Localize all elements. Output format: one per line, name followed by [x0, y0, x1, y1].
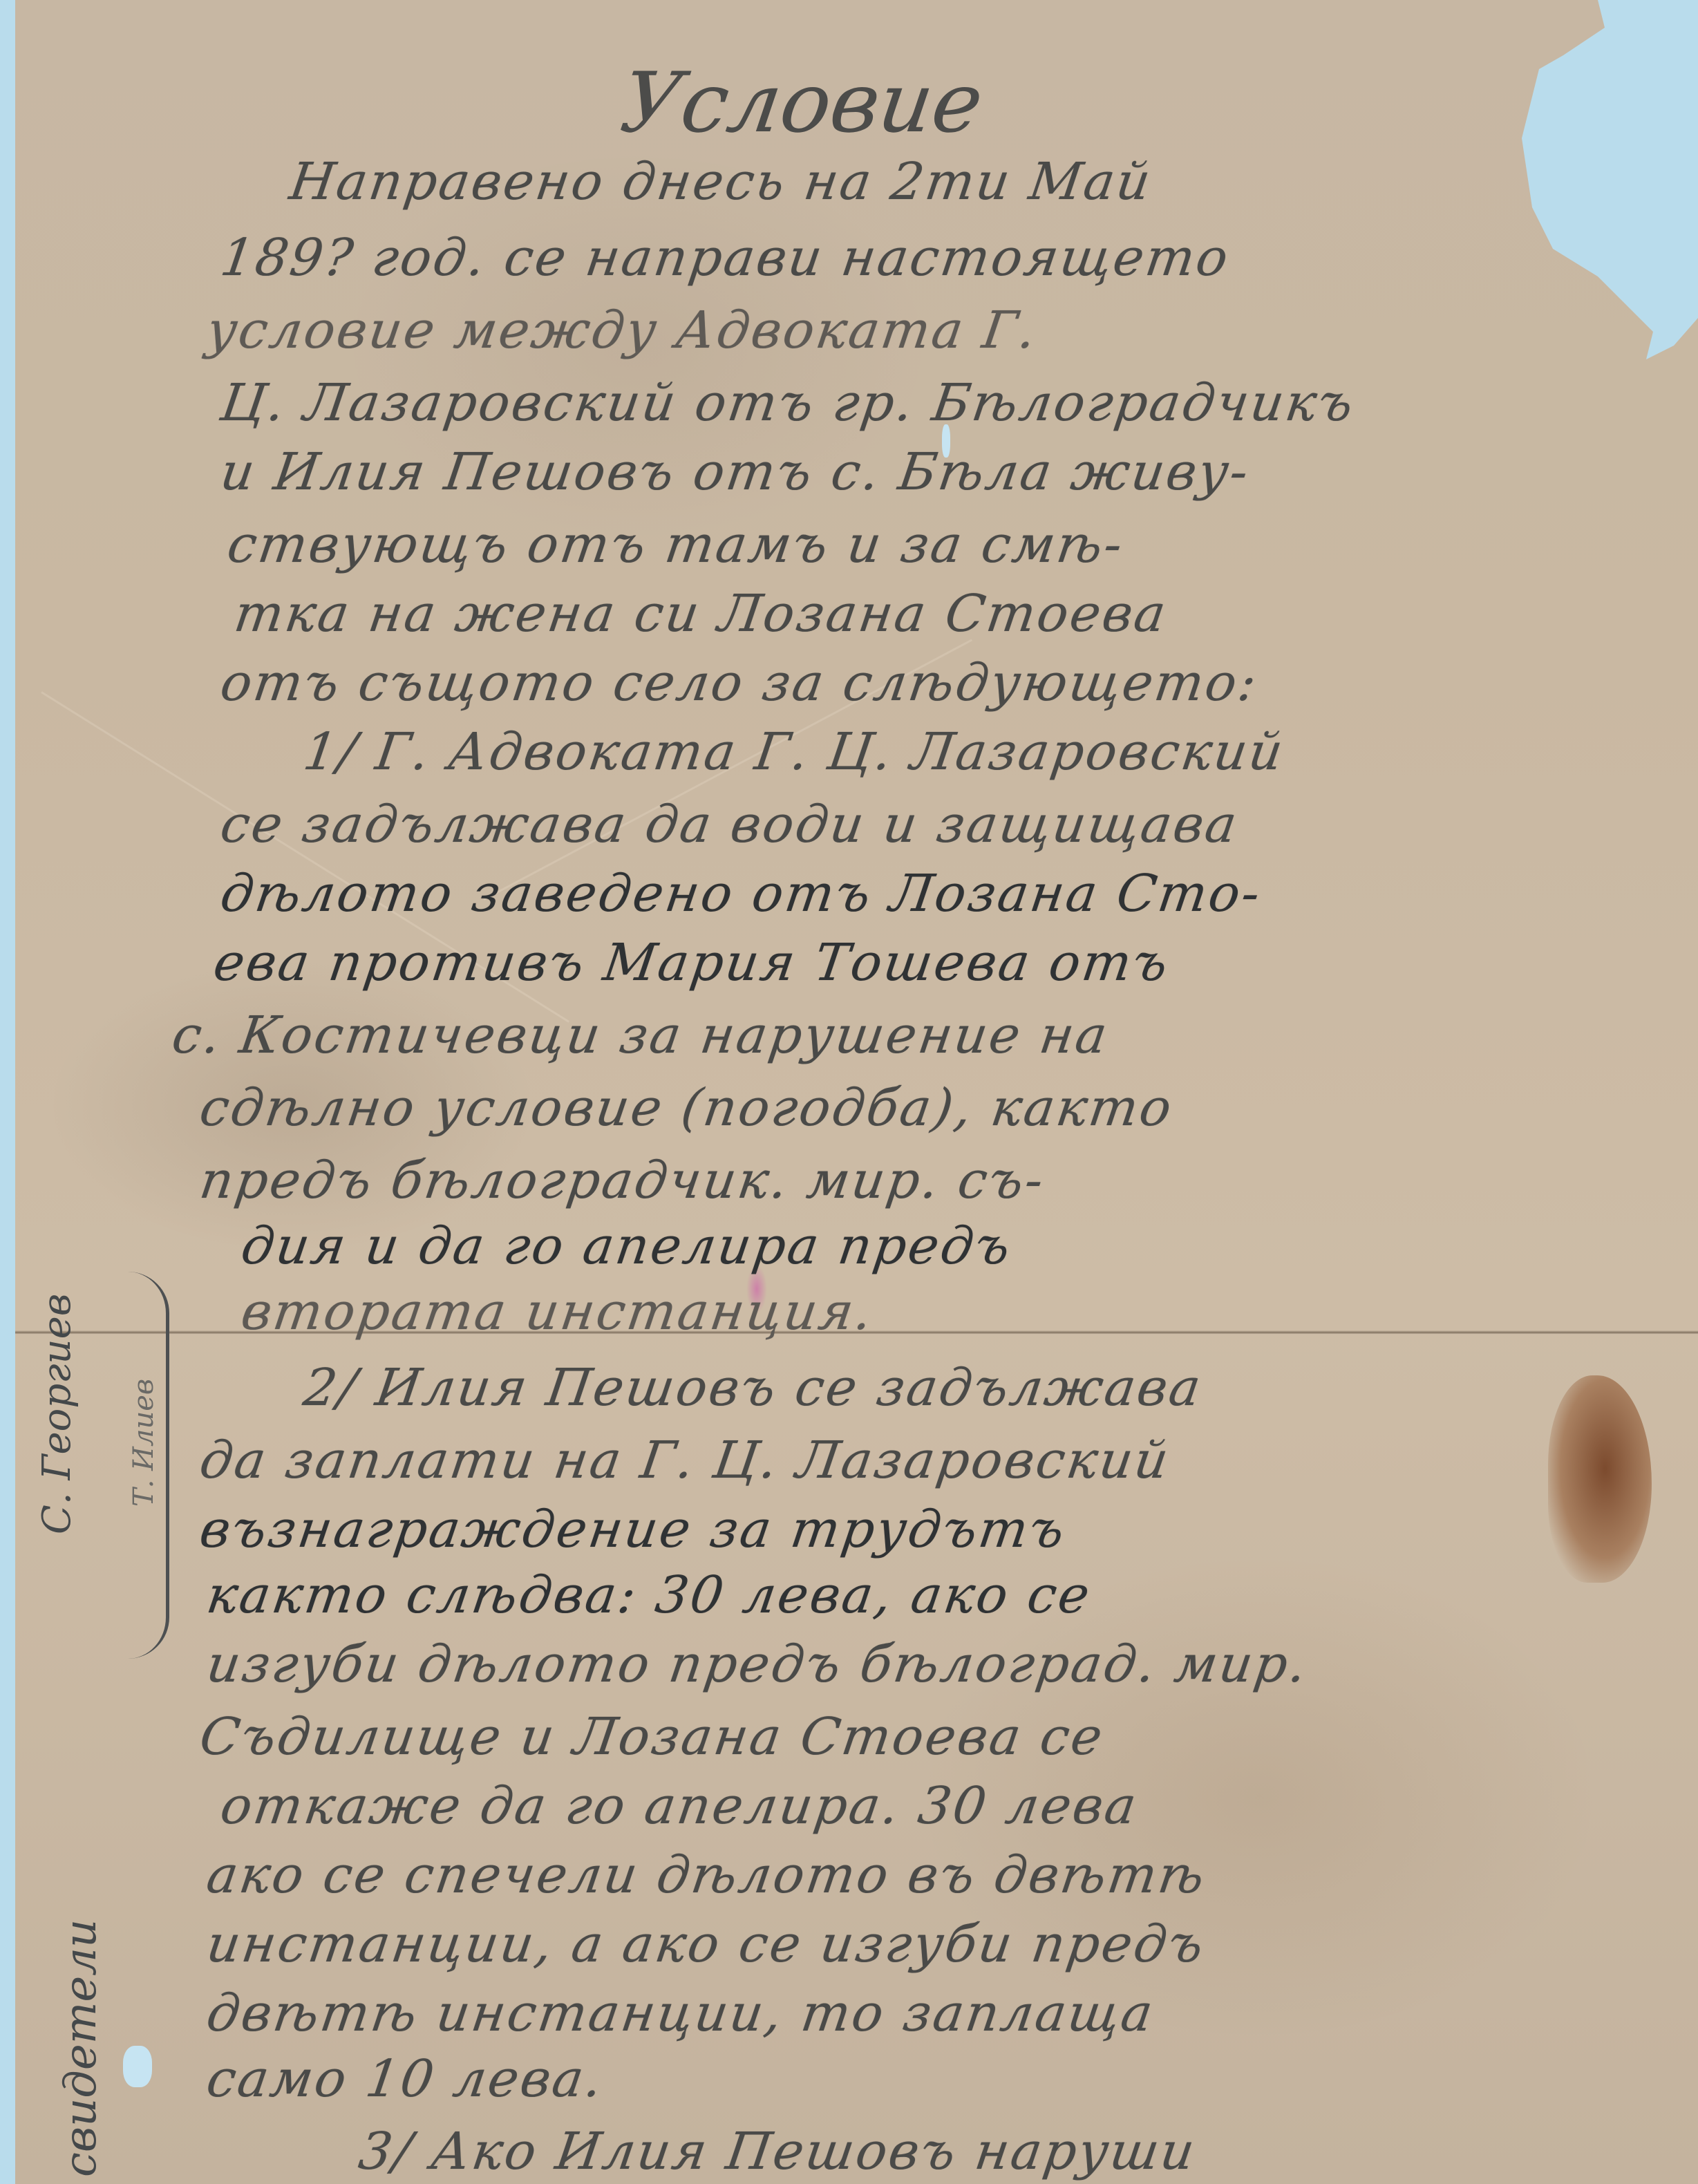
text-line: 189? год. се направи настоящето [217, 228, 1234, 288]
text-line: отъ същото село за слѣдующето: [217, 653, 1262, 713]
text-line: възнаграждение за трудътъ [196, 1500, 1070, 1559]
text-line: предъ бѣлоградчик. мир. съ- [196, 1151, 1049, 1210]
text-line: сдѣлно условие (погодба), както [196, 1078, 1177, 1138]
margin-witnesses-label: свидетели [55, 1919, 106, 2177]
text-line: ева противъ Мария Тошева отъ [210, 933, 1173, 992]
text-line: Направено днесь на 2ти Май [286, 152, 1156, 211]
text-line: Ц. Лазаровский отъ гр. Бѣлоградчикъ [217, 373, 1359, 433]
witness-signature-2: Т. Илиев [128, 1379, 160, 1507]
text-line: дѣлото заведено отъ Лозана Сто- [217, 864, 1265, 923]
text-line: дия и да го апелира предъ [238, 1216, 1016, 1276]
text-line: и Илия Пешовъ отъ с. Бѣла живу- [217, 442, 1254, 502]
text-line: изгуби дѣлото предъ бѣлоград. мир. [203, 1635, 1312, 1694]
witness-signature-1: С. Георгиев [35, 1294, 79, 1534]
text-line: втората инстанция. [238, 1282, 878, 1342]
text-line: 2/ Илия Пешовъ се задължава [300, 1358, 1206, 1418]
text-line: откаже да го апелира. 30 лева [217, 1776, 1142, 1836]
text-line: се задължава да води и защищава [217, 795, 1243, 854]
text-line: както слѣдва: 30 лева, ако се [203, 1565, 1095, 1625]
text-line: двѣтѣ инстанции, то заплаща [203, 1984, 1158, 2043]
document-title: Условие [615, 55, 988, 151]
text-line: Съдилище и Лозана Стоева се [196, 1707, 1108, 1767]
text-line: 3/ Ако Илия Пешовъ наруши [355, 2122, 1200, 2181]
text-line: да заплати на Г. Ц. Лазаровский [196, 1431, 1174, 1490]
paper-hole [123, 2046, 152, 2087]
text-line: само 10 лева. [203, 2049, 607, 2109]
text-line: ако се спечели дѣлото въ двѣтѣ [203, 1845, 1210, 1905]
text-line: инстанции, а ако се изгуби предъ [203, 1914, 1209, 1974]
text-line: тка на жена си Лозана Стоева [231, 584, 1171, 643]
text-line: 1/ Г. Адвоката Г. Ц. Лазаровский [300, 722, 1288, 782]
text-line: условие между Адвоката Г. [203, 301, 1041, 360]
text-line: ствующъ отъ тамъ и за смѣ- [224, 515, 1128, 574]
text-line: с. Костичевци за нарушение на [169, 1006, 1113, 1065]
